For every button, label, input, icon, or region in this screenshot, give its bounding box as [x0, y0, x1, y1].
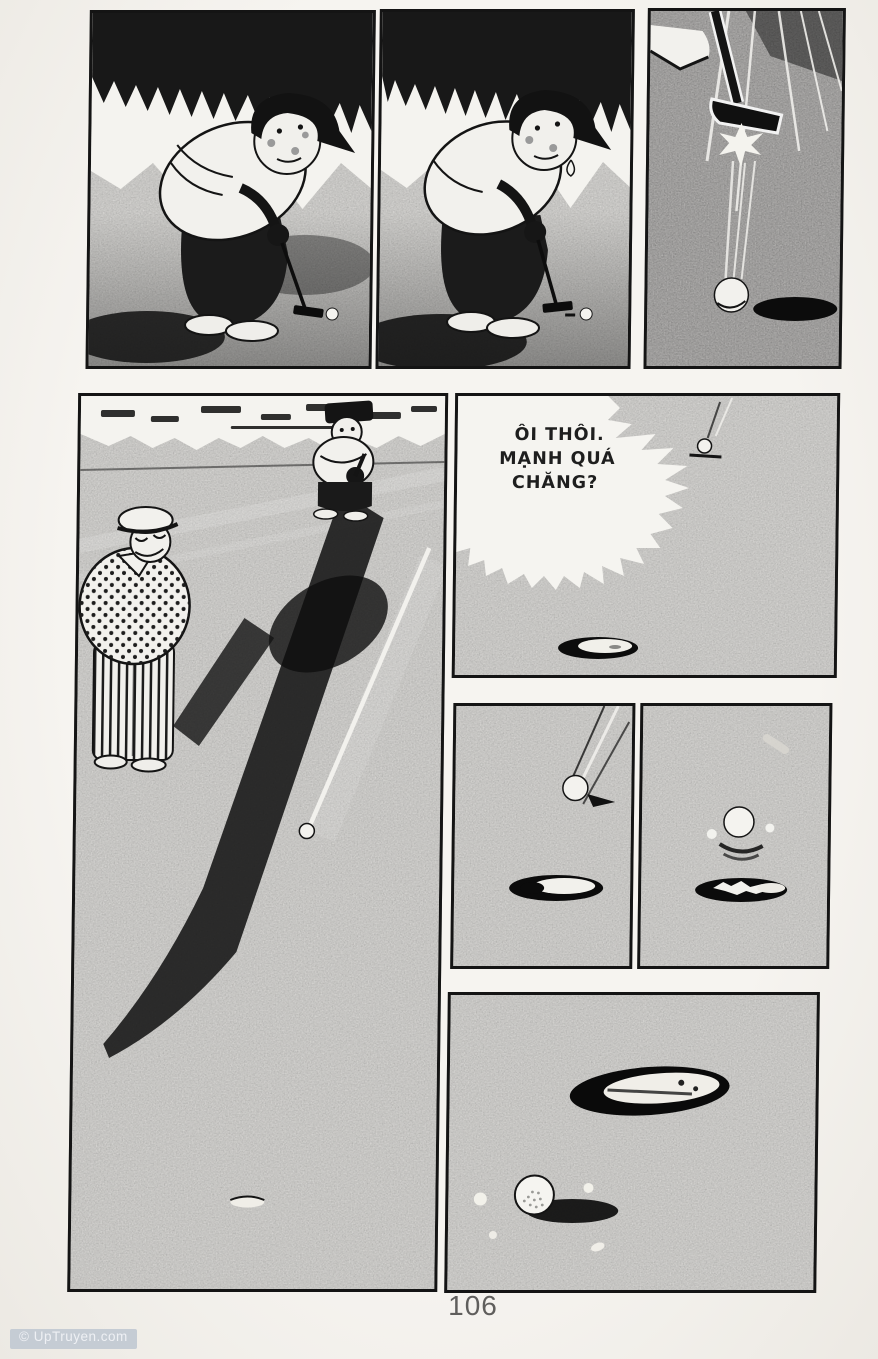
watermark-badge: © UpTruyen.com: [10, 1329, 137, 1349]
page-number: 106: [418, 1290, 528, 1322]
speech-line-1: ÔI THÔI.: [515, 423, 605, 445]
ball-shadow: [753, 297, 837, 321]
panel-ball-short-of-hole: [444, 992, 820, 1293]
panel-grid: ÔI THÔI. MẠNH QUÁ CHĂNG?: [0, 0, 878, 1359]
panel-club-impact-art: [647, 11, 843, 366]
panel-ball-short-art: [447, 995, 817, 1290]
panel-ball-bounce: [637, 703, 832, 969]
golf-ball: [580, 308, 592, 320]
ball-shadow-line: [689, 455, 721, 457]
panel-ball-bounce-art: [640, 706, 829, 966]
panel-boy-strikes: [375, 9, 634, 369]
golf-ball: [563, 776, 588, 801]
panel-ball-approach: [450, 703, 635, 969]
panel-boy-strikes-art: [379, 12, 632, 366]
golf-ball: [326, 308, 338, 320]
panel-speech-art: ÔI THÔI. MẠNH QUÁ CHĂNG?: [455, 396, 837, 675]
speech-line-3: CHĂNG?: [512, 471, 598, 493]
golf-ball: [697, 439, 711, 453]
panel-boy-putting-art: [89, 13, 373, 366]
panel-fairway-art: [70, 396, 445, 1289]
manga-page: ÔI THÔI. MẠNH QUÁ CHĂNG?: [0, 0, 878, 1359]
panel-speech-bubble: ÔI THÔI. MẠNH QUÁ CHĂNG?: [452, 393, 840, 678]
golf-ball: [724, 807, 754, 837]
panel-ball-approach-art: [453, 706, 632, 966]
panel-club-impact-closeup: [643, 8, 845, 369]
golf-ball: [299, 824, 314, 839]
panel-boy-putting: [85, 10, 375, 369]
golf-ball: [515, 1176, 554, 1215]
panel-fairway-scene: [67, 393, 448, 1292]
speech-line-2: MẠNH QUÁ: [499, 447, 616, 469]
